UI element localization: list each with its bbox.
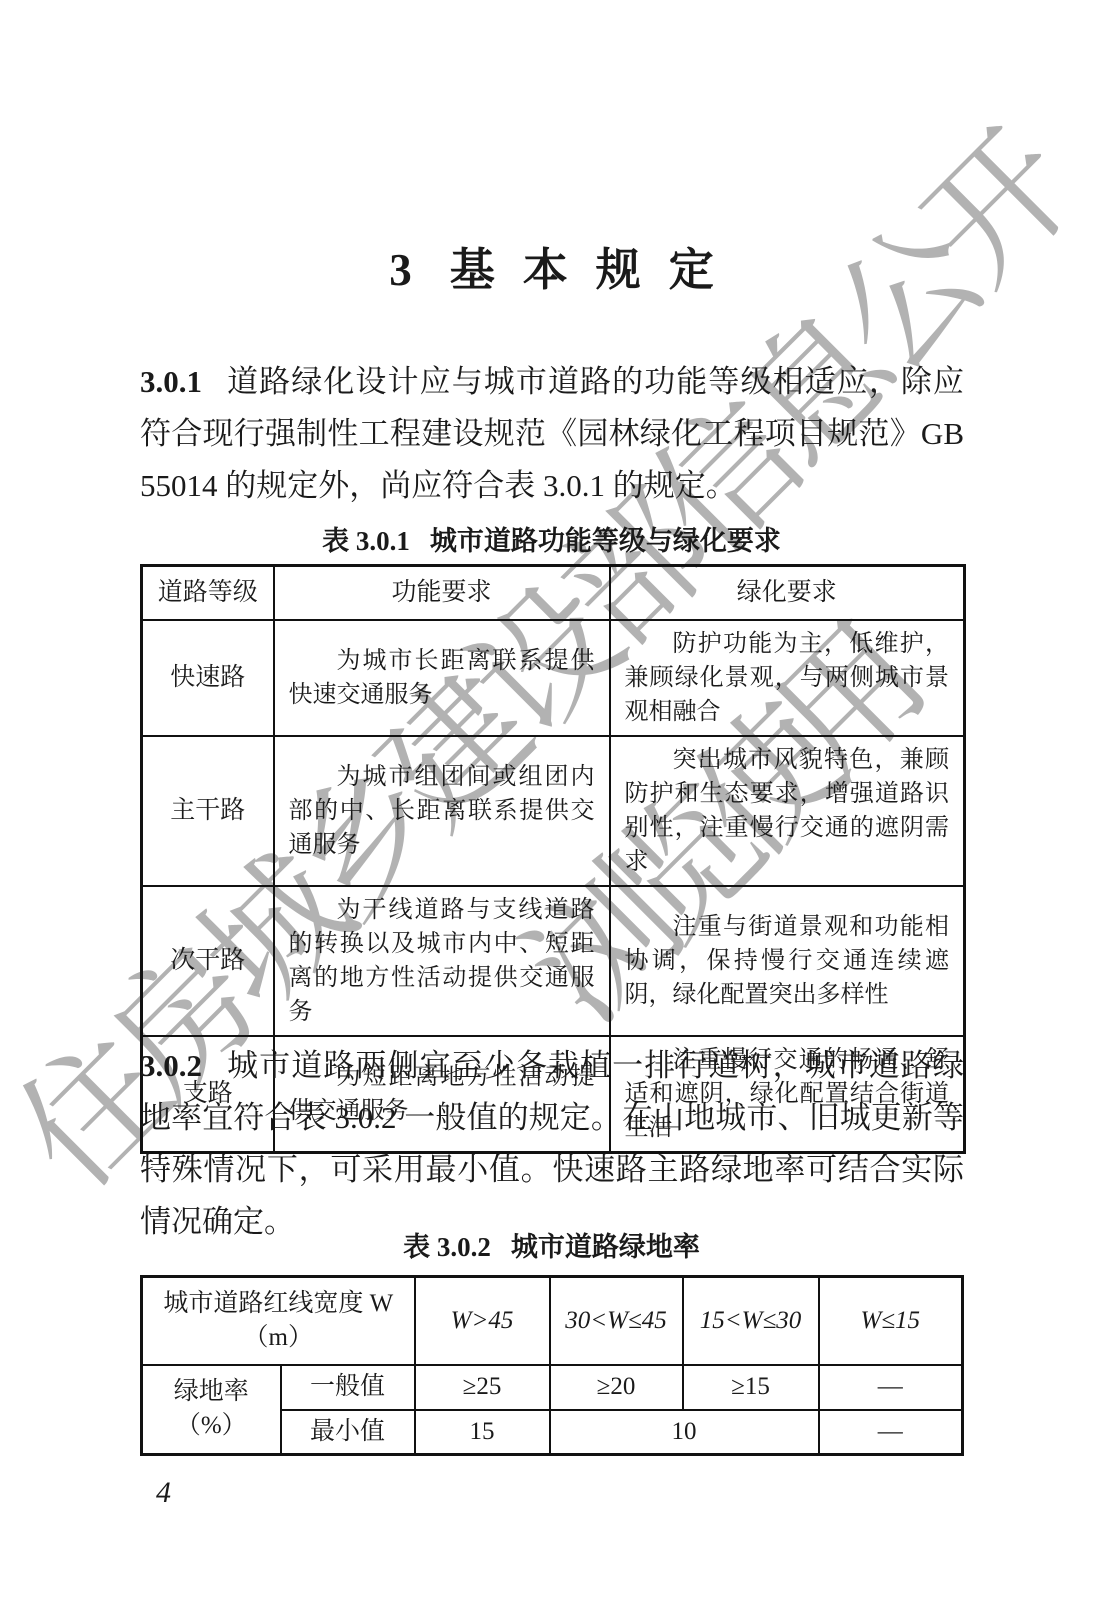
greening-cell: 防护功能为主，低维护，兼顾绿化景观，与两侧城市景观相融合 — [610, 620, 965, 736]
row-label-cell: 最小值 — [281, 1410, 415, 1455]
clause-3-0-1-number: 3.0.1 — [140, 364, 202, 399]
table-3-0-1-header-row: 道路等级 功能要求 绿化要求 — [142, 566, 965, 620]
road-grade-cell: 主干路 — [142, 736, 274, 886]
table-3-0-2: 城市道路红线宽度 W （m） W>45 30<W≤45 15<W≤30 W≤15… — [140, 1275, 964, 1456]
width-range-cell: 30<W≤45 — [550, 1277, 683, 1365]
document-page: 住房城乡建设部信息公开 浏览使用 3 基本规定 3.0.1道路绿化设计应与城市道… — [0, 0, 1103, 1598]
clause-3-0-1: 3.0.1道路绿化设计应与城市道路的功能等级相适应，除应符合现行强制性工程建设规… — [140, 356, 964, 512]
clause-3-0-2-text: 城市道路两侧宜至少各栽植一排行道树，城市道路绿地率宜符合表 3.0.2 一般值的… — [140, 1048, 964, 1239]
page-content: 3 基本规定 3.0.1道路绿化设计应与城市道路的功能等级相适应，除应符合现行强… — [0, 0, 1103, 1598]
green-ratio-group-cell: 绿地率 （%） — [142, 1365, 281, 1455]
greening-cell: 注重与街道景观和功能相协调，保持慢行交通连续遮阴，绿化配置突出多样性 — [610, 886, 965, 1036]
value-cell: ≥25 — [415, 1365, 550, 1410]
road-grade-cell: 次干路 — [142, 886, 274, 1036]
col-header-road-grade: 道路等级 — [142, 566, 274, 620]
red-line-width-header-cell: 城市道路红线宽度 W （m） — [142, 1277, 415, 1365]
table-3-0-2-caption-label: 表 3.0.2 — [403, 1232, 491, 1262]
green-ratio-label: 绿地率 — [174, 1378, 249, 1405]
col-header-greening: 绿化要求 — [610, 566, 965, 620]
greening-cell: 突出城市风貌特色，兼顾防护和生态要求，增强道路识别性，注重慢行交通的遮阴需求 — [610, 736, 965, 886]
row-label-cell: 一般值 — [281, 1365, 415, 1410]
clause-3-0-1-text: 道路绿化设计应与城市道路的功能等级相适应，除应符合现行强制性工程建设规范《园林绿… — [140, 364, 964, 503]
chapter-heading: 3 基本规定 — [0, 240, 1103, 300]
table-3-0-1-caption-title: 城市道路功能等级与绿化要求 — [430, 526, 781, 556]
width-range-cell: W>45 — [415, 1277, 550, 1365]
value-cell: ≥15 — [683, 1365, 819, 1410]
function-cell: 为城市长距离联系提供快速交通服务 — [274, 620, 610, 736]
table-3-0-1-caption-label: 表 3.0.1 — [322, 526, 410, 556]
value-cell: 15 — [415, 1410, 550, 1455]
chapter-number: 3 — [389, 240, 412, 300]
table-3-0-1-caption: 表 3.0.1城市道路功能等级与绿化要求 — [0, 524, 1103, 558]
table-row: 次干路 为干线道路与支线道路的转换以及城市内中、短距离的地方性活动提供交通服务 … — [142, 886, 965, 1036]
table-row: 快速路 为城市长距离联系提供快速交通服务 防护功能为主，低维护，兼顾绿化景观，与… — [142, 620, 965, 736]
value-cell-merged: 10 — [550, 1410, 819, 1455]
value-cell: ≥20 — [550, 1365, 683, 1410]
value-cell: — — [819, 1410, 963, 1455]
chapter-title: 基本规定 — [450, 240, 742, 300]
table-row-general-value: 绿地率 （%） 一般值 ≥25 ≥20 ≥15 — — [142, 1365, 963, 1410]
table-3-0-2-caption-title: 城市道路绿地率 — [511, 1232, 700, 1262]
road-grade-cell: 快速路 — [142, 620, 274, 736]
clause-3-0-2-number: 3.0.2 — [140, 1048, 202, 1083]
red-line-width-label: 城市道路红线宽度 W — [163, 1290, 393, 1317]
table-row: 主干路 为城市组团间或组团内部的中、长距离联系提供交通服务 突出城市风貌特色，兼… — [142, 736, 965, 886]
value-cell: — — [819, 1365, 963, 1410]
width-range-cell: 15<W≤30 — [683, 1277, 819, 1365]
red-line-width-unit: （m） — [244, 1324, 313, 1351]
width-range-cell: W≤15 — [819, 1277, 963, 1365]
function-cell: 为城市组团间或组团内部的中、长距离联系提供交通服务 — [274, 736, 610, 886]
table-3-0-2-caption: 表 3.0.2城市道路绿地率 — [0, 1230, 1103, 1264]
function-cell: 为干线道路与支线道路的转换以及城市内中、短距离的地方性活动提供交通服务 — [274, 886, 610, 1036]
clause-3-0-2: 3.0.2城市道路两侧宜至少各栽植一排行道树，城市道路绿地率宜符合表 3.0.2… — [140, 1040, 964, 1248]
col-header-function: 功能要求 — [274, 566, 610, 620]
table-3-0-2-header-row: 城市道路红线宽度 W （m） W>45 30<W≤45 15<W≤30 W≤15 — [142, 1277, 963, 1365]
green-ratio-unit: （%） — [176, 1412, 247, 1439]
page-number: 4 — [156, 1476, 171, 1510]
